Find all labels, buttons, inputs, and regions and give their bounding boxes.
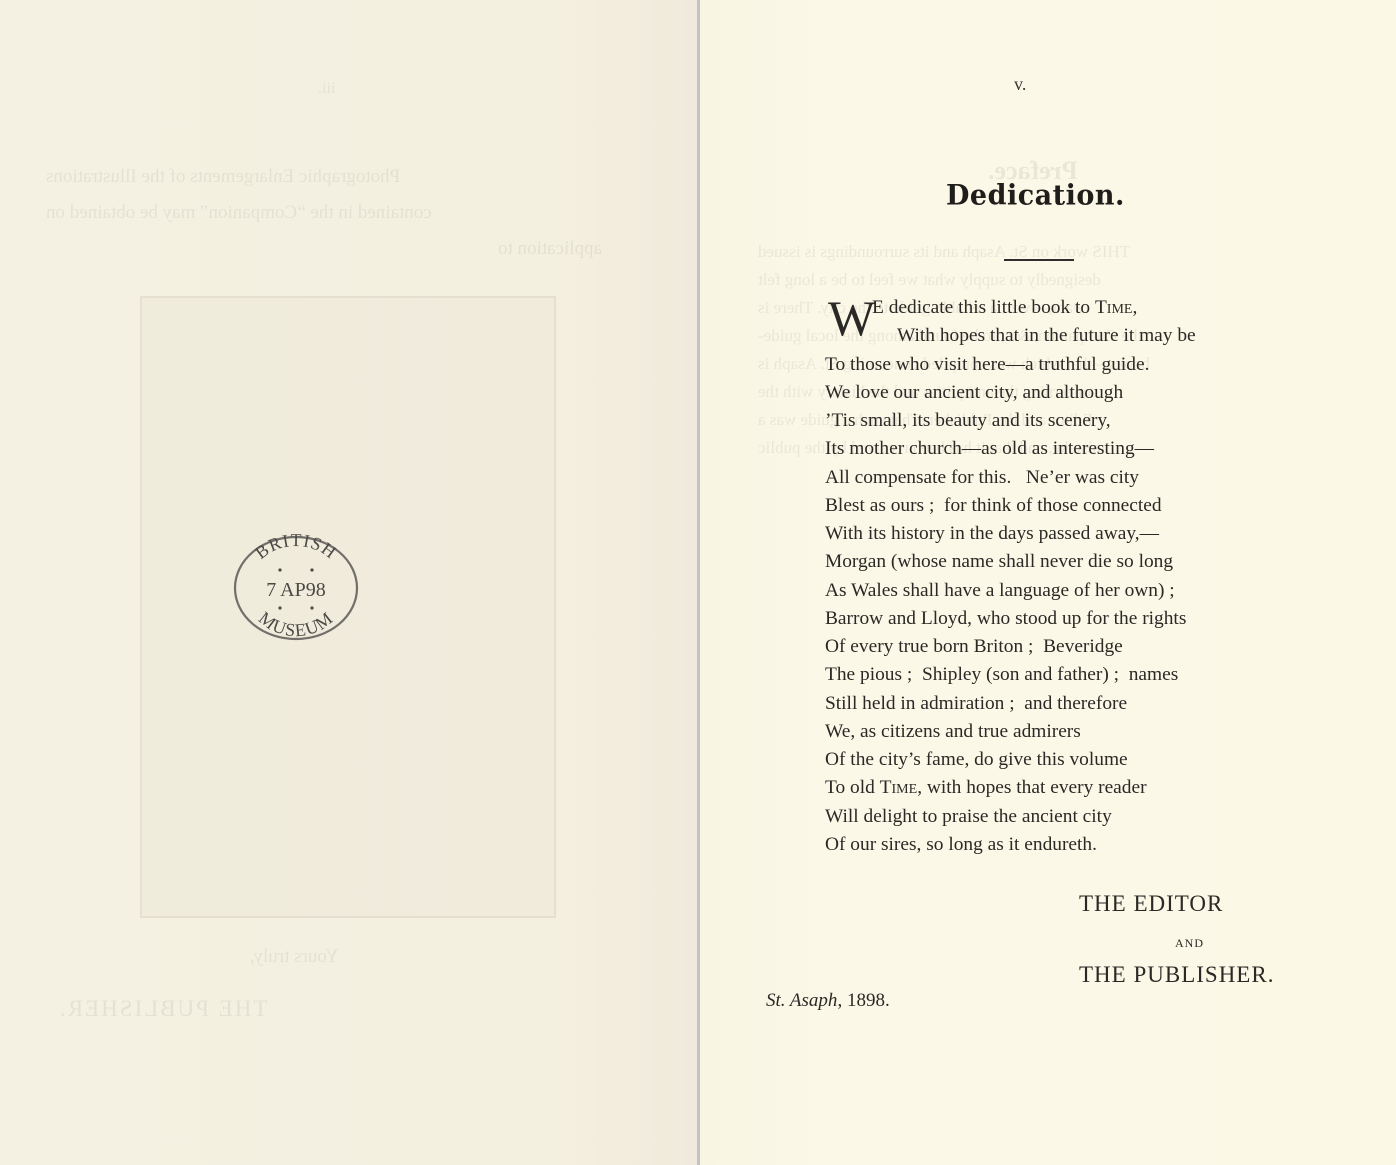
poem-line: To old Time, with hopes that every reade… [825, 774, 1196, 802]
ghost-paragraph-line: contained in the “Companion” may be obta… [46, 202, 432, 224]
ghost-signature: THE PUBLISHER. [58, 996, 267, 1022]
poem-line: Will delight to praise the ancient city [825, 803, 1196, 831]
library-stamp-icon: BRITISH MUSEUM 7 AP98 [232, 534, 360, 642]
signature-publisher: THE PUBLISHER. [1079, 962, 1274, 988]
poem-line: Its mother church—as old as interesting— [825, 435, 1196, 463]
poem-smallcaps-word: Time [1095, 297, 1133, 318]
poem-line: Of the city’s fame, do give this volume [825, 746, 1196, 774]
stamp-date-text: 7 AP98 [266, 579, 325, 601]
poem-line: Barrow and Lloyd, who stood up for the r… [825, 605, 1196, 633]
svg-text:MUSEUM: MUSEUM [255, 608, 337, 641]
poem-line: E dedicate this little book to Time, [825, 294, 1196, 322]
title-rule-divider [1004, 259, 1074, 261]
ghost-page-marker: iii. [318, 80, 335, 98]
page-title: Dedication. [946, 179, 1125, 212]
poem-line: Of our sires, so long as it endureth. [825, 831, 1196, 859]
poem-line: We, as citizens and true admirers [825, 718, 1196, 746]
poem-line: Of every true born Briton ; Beveridge [825, 633, 1196, 661]
dedication-poem: E dedicate this little book to Time, Wit… [825, 294, 1196, 859]
stamp-top-text: BRITISH [251, 534, 341, 563]
page-number: v. [1014, 74, 1026, 95]
ghost-paragraph-line: Photographic Enlargements of the Illustr… [46, 166, 400, 188]
place-name: St. Asaph [766, 990, 837, 1011]
poem-smallcaps-word: Time [880, 777, 918, 798]
poem-line: With its history in the days passed away… [825, 520, 1196, 548]
poem-line: ’Tis small, its beauty and its scenery, [825, 407, 1196, 435]
poem-line: All compensate for this. Ne’er was city [825, 464, 1196, 492]
ghost-paragraph-line: application to [498, 238, 602, 260]
ghost-preface-line: THIS work on St. Asaph and its surroundi… [758, 242, 1130, 262]
poem-line: As Wales shall have a language of her ow… [825, 577, 1196, 605]
ghost-preface-line: designedly to supply what we feel to be … [758, 270, 1101, 290]
left-page: iii. Photographic Enlargements of the Il… [0, 0, 698, 1165]
poem-line-text: , [1132, 297, 1137, 318]
ghost-closing: Yours truly, [250, 946, 339, 968]
book-spread: iii. Photographic Enlargements of the Il… [0, 0, 1396, 1165]
poem-line-text: To old [825, 777, 880, 798]
place-date: St. Asaph, 1898. [766, 990, 890, 1012]
svg-text:BRITISH: BRITISH [251, 534, 341, 563]
poem-line-text: , with hopes that every reader [917, 777, 1146, 798]
poem-line: The pious ; Shipley (son and father) ; n… [825, 661, 1196, 689]
poem-line: With hopes that in the future it may be [825, 322, 1196, 350]
stamp-bottom-text: MUSEUM [255, 608, 337, 641]
poem-line: Morgan (whose name shall never die so lo… [825, 548, 1196, 576]
poem-line: To those who visit here—a truthful guide… [825, 351, 1196, 379]
signature-and: AND [1175, 936, 1204, 951]
poem-line: We love our ancient city, and although [825, 379, 1196, 407]
date-text: , 1898. [837, 990, 889, 1011]
poem-line-text: E dedicate this little book to [872, 297, 1095, 318]
poem-line: Still held in admiration ; and therefore [825, 690, 1196, 718]
poem-line: Blest as ours ; for think of those conne… [825, 492, 1196, 520]
signature-editor: THE EDITOR [1079, 891, 1223, 917]
